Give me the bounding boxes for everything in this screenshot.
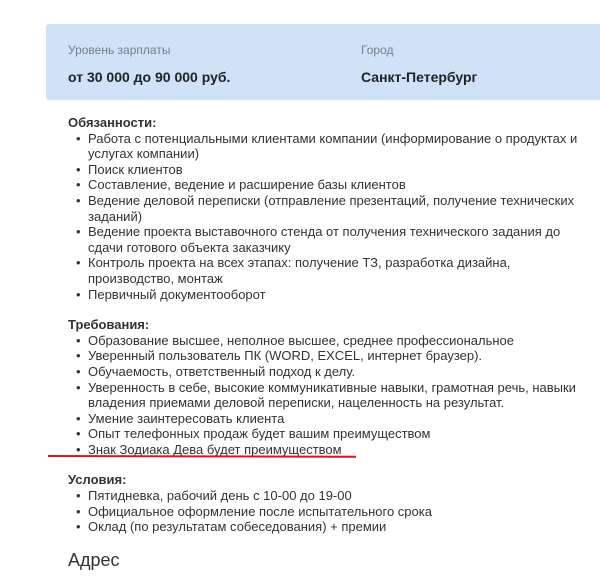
responsibilities-list: Работа с потенциальными клиентами компан… [68,131,588,303]
vacancy-description: Обязанности: Работа с потенциальными кли… [68,115,588,568]
list-item: Ведение деловой переписки (отправление п… [88,193,588,224]
list-item: Работа с потенциальными клиентами компан… [88,131,588,162]
section-responsibilities: Обязанности: Работа с потенциальными кли… [68,115,588,302]
salary-info: Уровень зарплаты от 30 000 до 90 000 руб… [68,43,230,85]
list-item: Уверенный пользователь ПК (WORD, EXCEL, … [88,348,588,364]
list-item: Составление, ведение и расширение базы к… [88,177,588,193]
list-item: Первичный документооборот [88,287,588,303]
list-item: Уверенность в себе, высокие коммуникатив… [88,380,588,411]
list-item: Пятидневка, рабочий день с 10-00 до 19-0… [88,488,588,504]
salary-city-summary: Уровень зарплаты от 30 000 до 90 000 руб… [46,24,600,100]
section-title: Требования: [68,317,588,333]
list-item: Оклад (по результатам собеседования) + п… [88,519,588,535]
section-conditions: Условия: Пятидневка, рабочий день с 10-0… [68,472,588,534]
list-item: Ведение проекта выставочного стенда от п… [88,224,588,255]
list-item: Обучаемость, ответственный подход к делу… [88,364,588,380]
salary-value: от 30 000 до 90 000 руб. [68,69,230,85]
city-label: Город [361,43,477,57]
list-item: Умение заинтересовать клиента [88,411,588,427]
salary-label: Уровень зарплаты [68,43,230,57]
conditions-list: Пятидневка, рабочий день с 10-00 до 19-0… [68,488,588,535]
address-heading: Адрес [68,553,588,569]
list-item: Официальное оформление после испытательн… [88,504,588,520]
list-item: Опыт телефонных продаж будет вашим преим… [88,426,588,442]
list-item: Контроль проекта на всех этапах: получен… [88,255,588,286]
section-requirements: Требования: Образование высшее, неполное… [68,317,588,457]
city-value: Санкт-Петербург [361,69,477,85]
section-title: Условия: [68,472,588,488]
list-item: Поиск клиентов [88,162,588,178]
section-title: Обязанности: [68,115,588,131]
requirements-list: Образование высшее, неполное высшее, сре… [68,333,588,458]
city-info: Город Санкт-Петербург [361,43,477,85]
list-item: Образование высшее, неполное высшее, сре… [88,333,588,349]
